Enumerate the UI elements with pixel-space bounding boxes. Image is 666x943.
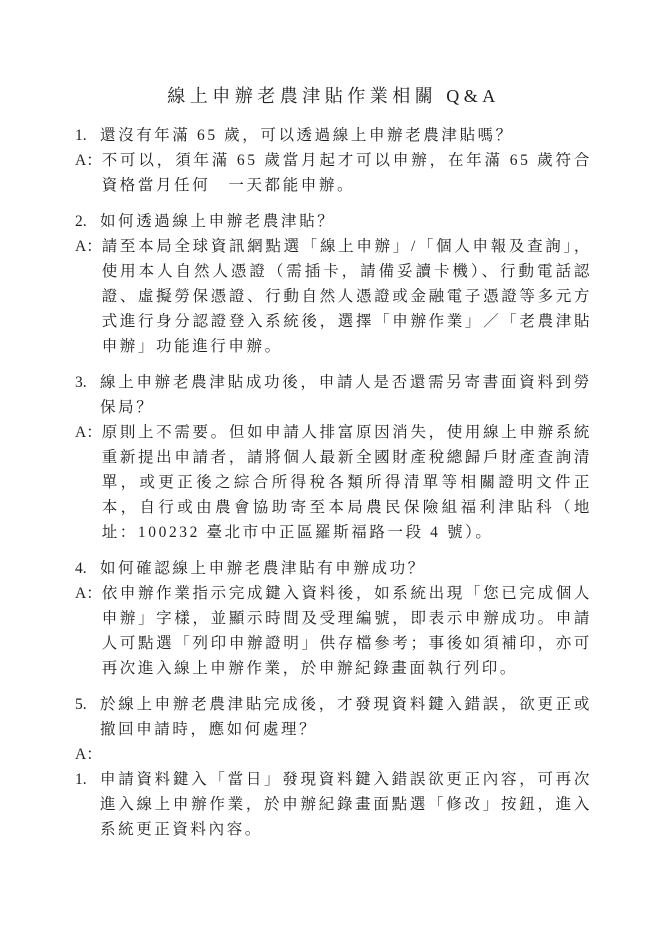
question-row: 2. 如何透過線上申辦老農津貼？ [75,209,592,234]
answer-label: A： [75,581,102,681]
qa-section-2: 2. 如何透過線上申辦老農津貼？ A： 請至本局全球資訊網點選「線上申辦」/「個… [75,209,592,359]
qa-section-5: 5. 於線上申辦老農津貼完成後，才發現資料鍵入錯誤，欲更正或撤回申請時，應如何處… [75,692,592,842]
question-number: 4. [75,556,100,581]
question-text: 如何確認線上申辦老農津貼有申辦成功？ [100,556,592,581]
sub-answer-number: 1. [75,767,100,842]
answer-row: A： 依申辦作業指示完成鍵入資料後，如系統出現「您已完成個人申辦」字樣，並顯示時… [75,581,592,681]
answer-row: A： 請至本局全球資訊網點選「線上申辦」/「個人申報及查詢」，使用本人自然人憑證… [75,234,592,359]
question-row: 1. 還沒有年滿 65 歲，可以透過線上申辦老農津貼嗎？ [75,123,592,148]
answer-text: 請至本局全球資訊網點選「線上申辦」/「個人申報及查詢」，使用本人自然人憑證（需插… [102,234,592,359]
question-number: 3. [75,370,100,420]
sub-answer-row: 1. 申請資料鍵入「當日」發現資料鍵入錯誤欲更正內容，可再次進入線上申辦作業，於… [75,767,592,842]
answer-text: 不可以，須年滿 65 歲當月起才可以申辦，在年滿 65 歲符合資格當月任何 一天… [102,148,592,198]
document-page: 線上申辦老農津貼作業相關 Q&A 1. 還沒有年滿 65 歲，可以透過線上申辦老… [0,0,666,943]
answer-label: A： [75,234,102,359]
answer-label: A： [75,742,102,767]
page-title: 線上申辦老農津貼作業相關 Q&A [75,84,592,108]
qa-section-1: 1. 還沒有年滿 65 歲，可以透過線上申辦老農津貼嗎？ A： 不可以，須年滿 … [75,123,592,198]
question-row: 3. 線上申辦老農津貼成功後，申請人是否還需另寄書面資料到勞保局？ [75,370,592,420]
question-number: 1. [75,123,100,148]
question-row: 5. 於線上申辦老農津貼完成後，才發現資料鍵入錯誤，欲更正或撤回申請時，應如何處… [75,692,592,742]
qa-section-3: 3. 線上申辦老農津貼成功後，申請人是否還需另寄書面資料到勞保局？ A： 原則上… [75,370,592,545]
answer-label: A： [75,420,102,545]
qa-section-4: 4. 如何確認線上申辦老農津貼有申辦成功？ A： 依申辦作業指示完成鍵入資料後，… [75,556,592,681]
answer-text: 依申辦作業指示完成鍵入資料後，如系統出現「您已完成個人申辦」字樣，並顯示時間及受… [102,581,592,681]
answer-label: A： [75,148,102,198]
question-text: 於線上申辦老農津貼完成後，才發現資料鍵入錯誤，欲更正或撤回申請時，應如何處理？ [100,692,592,742]
question-row: 4. 如何確認線上申辦老農津貼有申辦成功？ [75,556,592,581]
question-text: 如何透過線上申辦老農津貼？ [100,209,592,234]
sub-answer-text: 申請資料鍵入「當日」發現資料鍵入錯誤欲更正內容，可再次進入線上申辦作業，於申辦紀… [100,767,592,842]
question-number: 2. [75,209,100,234]
answer-row: A： [75,742,592,767]
question-text: 還沒有年滿 65 歲，可以透過線上申辦老農津貼嗎？ [100,123,592,148]
answer-text: 原則上不需要。但如申請人排富原因消失，使用線上申辦系統重新提出申請者，請將個人最… [102,420,592,545]
answer-row: A： 原則上不需要。但如申請人排富原因消失，使用線上申辦系統重新提出申請者，請將… [75,420,592,545]
answer-row: A： 不可以，須年滿 65 歲當月起才可以申辦，在年滿 65 歲符合資格當月任何… [75,148,592,198]
answer-text [102,742,592,767]
question-text: 線上申辦老農津貼成功後，申請人是否還需另寄書面資料到勞保局？ [100,370,592,420]
question-number: 5. [75,692,100,742]
